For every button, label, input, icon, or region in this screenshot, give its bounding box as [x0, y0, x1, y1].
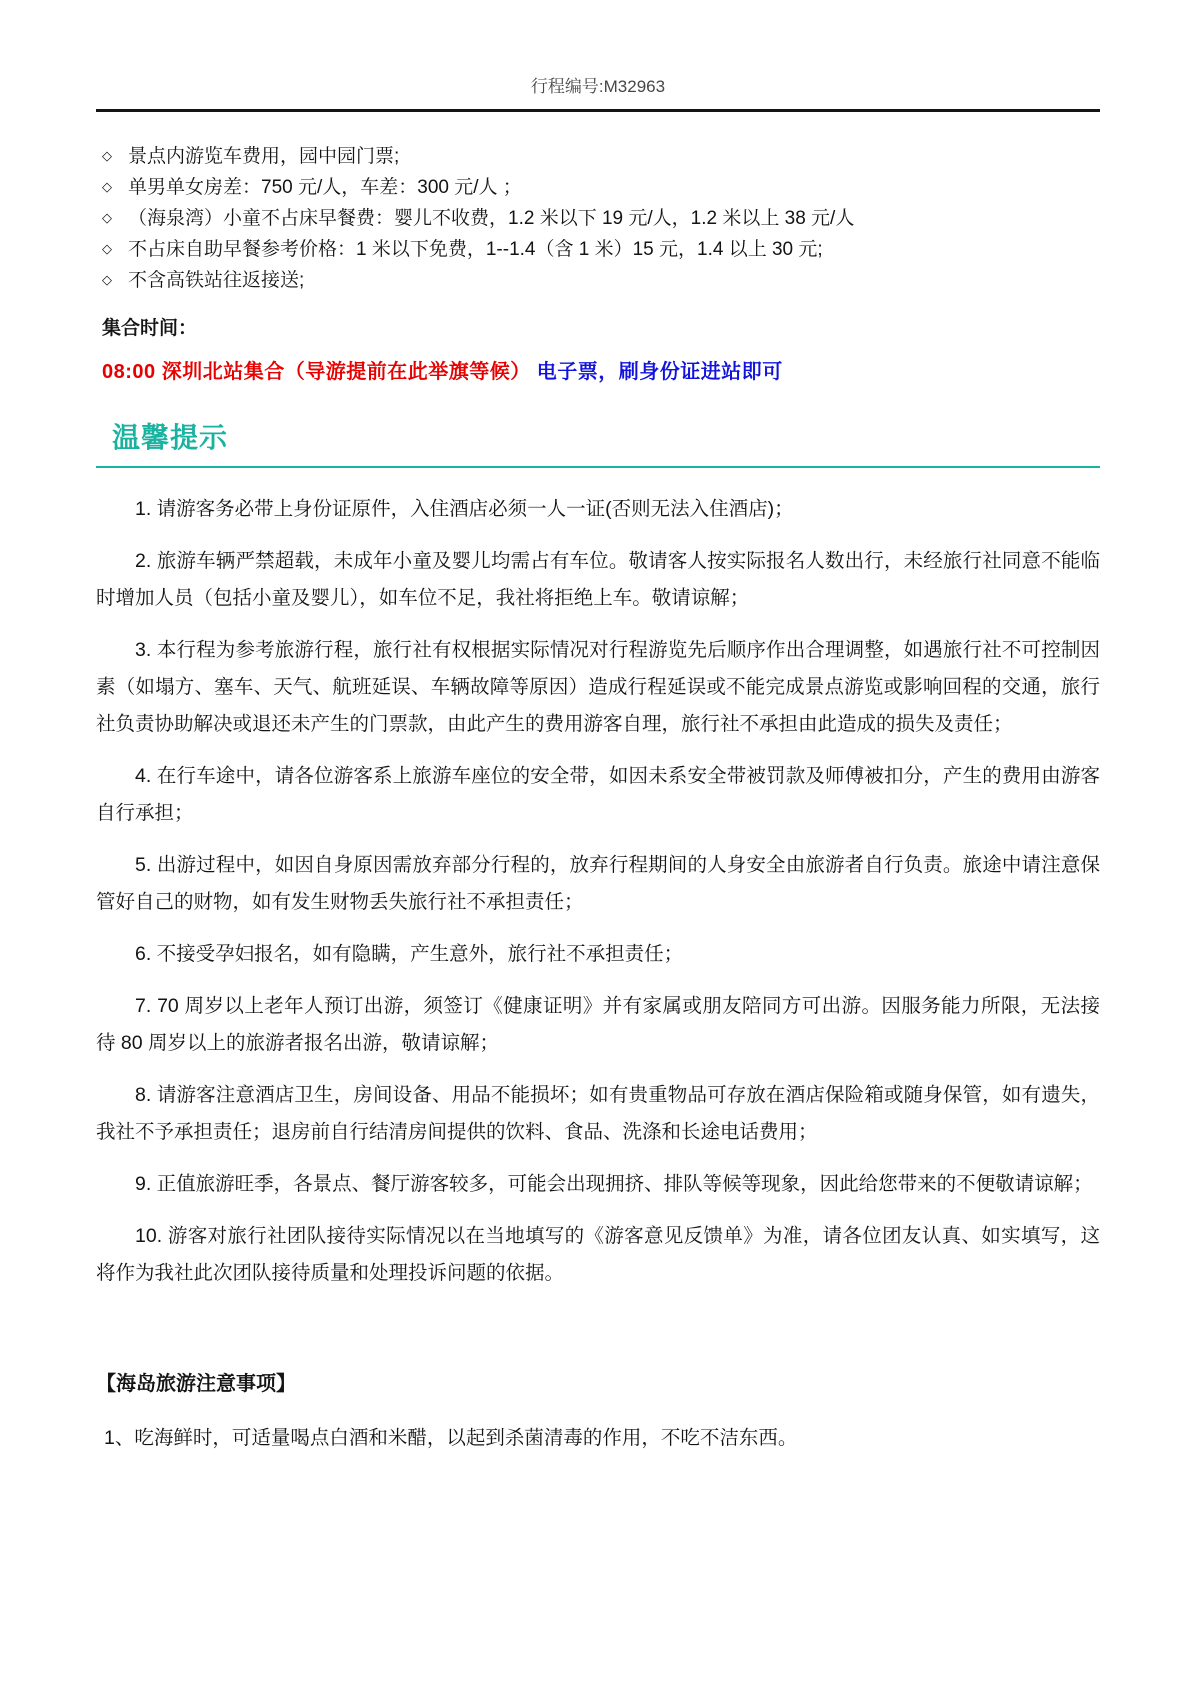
list-item: ◇ 单男单女房差：750 元/人，车差：300 元/人 ； — [96, 173, 1100, 204]
assembly-time-line: 08:00 深圳北站集合（导游提前在此举旗等候） 电子票，刷身份证进站即可 — [96, 355, 1100, 384]
tips-section-header: 温馨提示 — [96, 416, 1100, 468]
tip-item: 5. 出游过程中，如因自身原因需放弃部分行程的，放弃行程期间的人身安全由旅游者自… — [96, 847, 1100, 921]
tips-section-title: 温馨提示 — [112, 416, 228, 456]
assembly-time-red-text: 08:00 深圳北站集合（导游提前在此举旗等候） — [102, 361, 531, 383]
diamond-bullet-icon: ◇ — [102, 141, 128, 171]
document-page: 行程编号:M32963 ◇ 景点内游览车费用，园中园门票; ◇ 单男单女房差：7… — [0, 0, 1190, 1683]
tip-item: 1. 请游客务必带上身份证原件，入住酒店必须一人一证(否则无法入住酒店)； — [96, 491, 1100, 528]
tip-item: 8. 请游客注意酒店卫生，房间设备、用品不能损坏；如有贵重物品可存放在酒店保险箱… — [96, 1077, 1100, 1151]
tip-item: 6. 不接受孕妇报名，如有隐瞒，产生意外，旅行社不承担责任； — [96, 936, 1100, 973]
list-item: ◇ 景点内游览车费用，园中园门票; — [96, 142, 1100, 173]
exclusion-text: 不含高铁站往返接送; — [128, 266, 304, 296]
island-note-item: 1、吃海鲜时，可适量喝点白酒和米醋，以起到杀菌清毒的作用，不吃不洁东西。 — [96, 1421, 1100, 1455]
list-item: ◇ 不占床自助早餐参考价格：1 米以下免费，1--1.4（含 1 米）15 元，… — [96, 235, 1100, 266]
document-header: 行程编号:M32963 — [96, 72, 1100, 112]
island-notes-title: 【海岛旅游注意事项】 — [96, 1367, 1100, 1396]
diamond-bullet-icon: ◇ — [102, 265, 128, 295]
diamond-bullet-icon: ◇ — [102, 172, 128, 202]
exclusions-list: ◇ 景点内游览车费用，园中园门票; ◇ 单男单女房差：750 元/人，车差：30… — [96, 142, 1100, 297]
assembly-time-label: 集合时间： — [96, 313, 1100, 340]
diamond-bullet-icon: ◇ — [102, 234, 128, 264]
tip-item: 3. 本行程为参考旅游行程，旅行社有权根据实际情况对行程游览先后顺序作出合理调整… — [96, 632, 1100, 743]
tip-item: 7. 70 周岁以上老年人预订出游，须签订《健康证明》并有家属或朋友陪同方可出游… — [96, 988, 1100, 1062]
exclusion-text: （海泉湾）小童不占床早餐费：婴儿不收费，1.2 米以下 19 元/人，1.2 米… — [128, 204, 854, 234]
exclusion-text: 景点内游览车费用，园中园门票; — [128, 142, 399, 172]
list-item: ◇ 不含高铁站往返接送; — [96, 266, 1100, 297]
tip-item: 2. 旅游车辆严禁超载，未成年小童及婴儿均需占有车位。敬请客人按实际报名人数出行… — [96, 543, 1100, 617]
exclusion-text: 不占床自助早餐参考价格：1 米以下免费，1--1.4（含 1 米）15 元，1.… — [128, 235, 823, 265]
tips-list: 1. 请游客务必带上身份证原件，入住酒店必须一人一证(否则无法入住酒店)； 2.… — [96, 491, 1100, 1292]
list-item: ◇ （海泉湾）小童不占床早餐费：婴儿不收费，1.2 米以下 19 元/人，1.2… — [96, 204, 1100, 235]
document-content: 行程编号:M32963 ◇ 景点内游览车费用，园中园门票; ◇ 单男单女房差：7… — [0, 0, 1190, 1455]
exclusion-text: 单男单女房差：750 元/人，车差：300 元/人 ； — [128, 173, 522, 203]
assembly-note-blue-text: 电子票，刷身份证进站即可 — [537, 361, 783, 383]
tip-item: 10. 游客对旅行社团队接待实际情况以在当地填写的《游客意见反馈单》为准，请各位… — [96, 1218, 1100, 1292]
tip-item: 4. 在行车途中，请各位游客系上旅游车座位的安全带，如因未系安全带被罚款及师傅被… — [96, 758, 1100, 832]
itinerary-number: 行程编号:M32963 — [531, 77, 665, 96]
diamond-bullet-icon: ◇ — [102, 203, 128, 233]
tip-item: 9. 正值旅游旺季，各景点、餐厅游客较多，可能会出现拥挤、排队等候等现象，因此给… — [96, 1166, 1100, 1203]
